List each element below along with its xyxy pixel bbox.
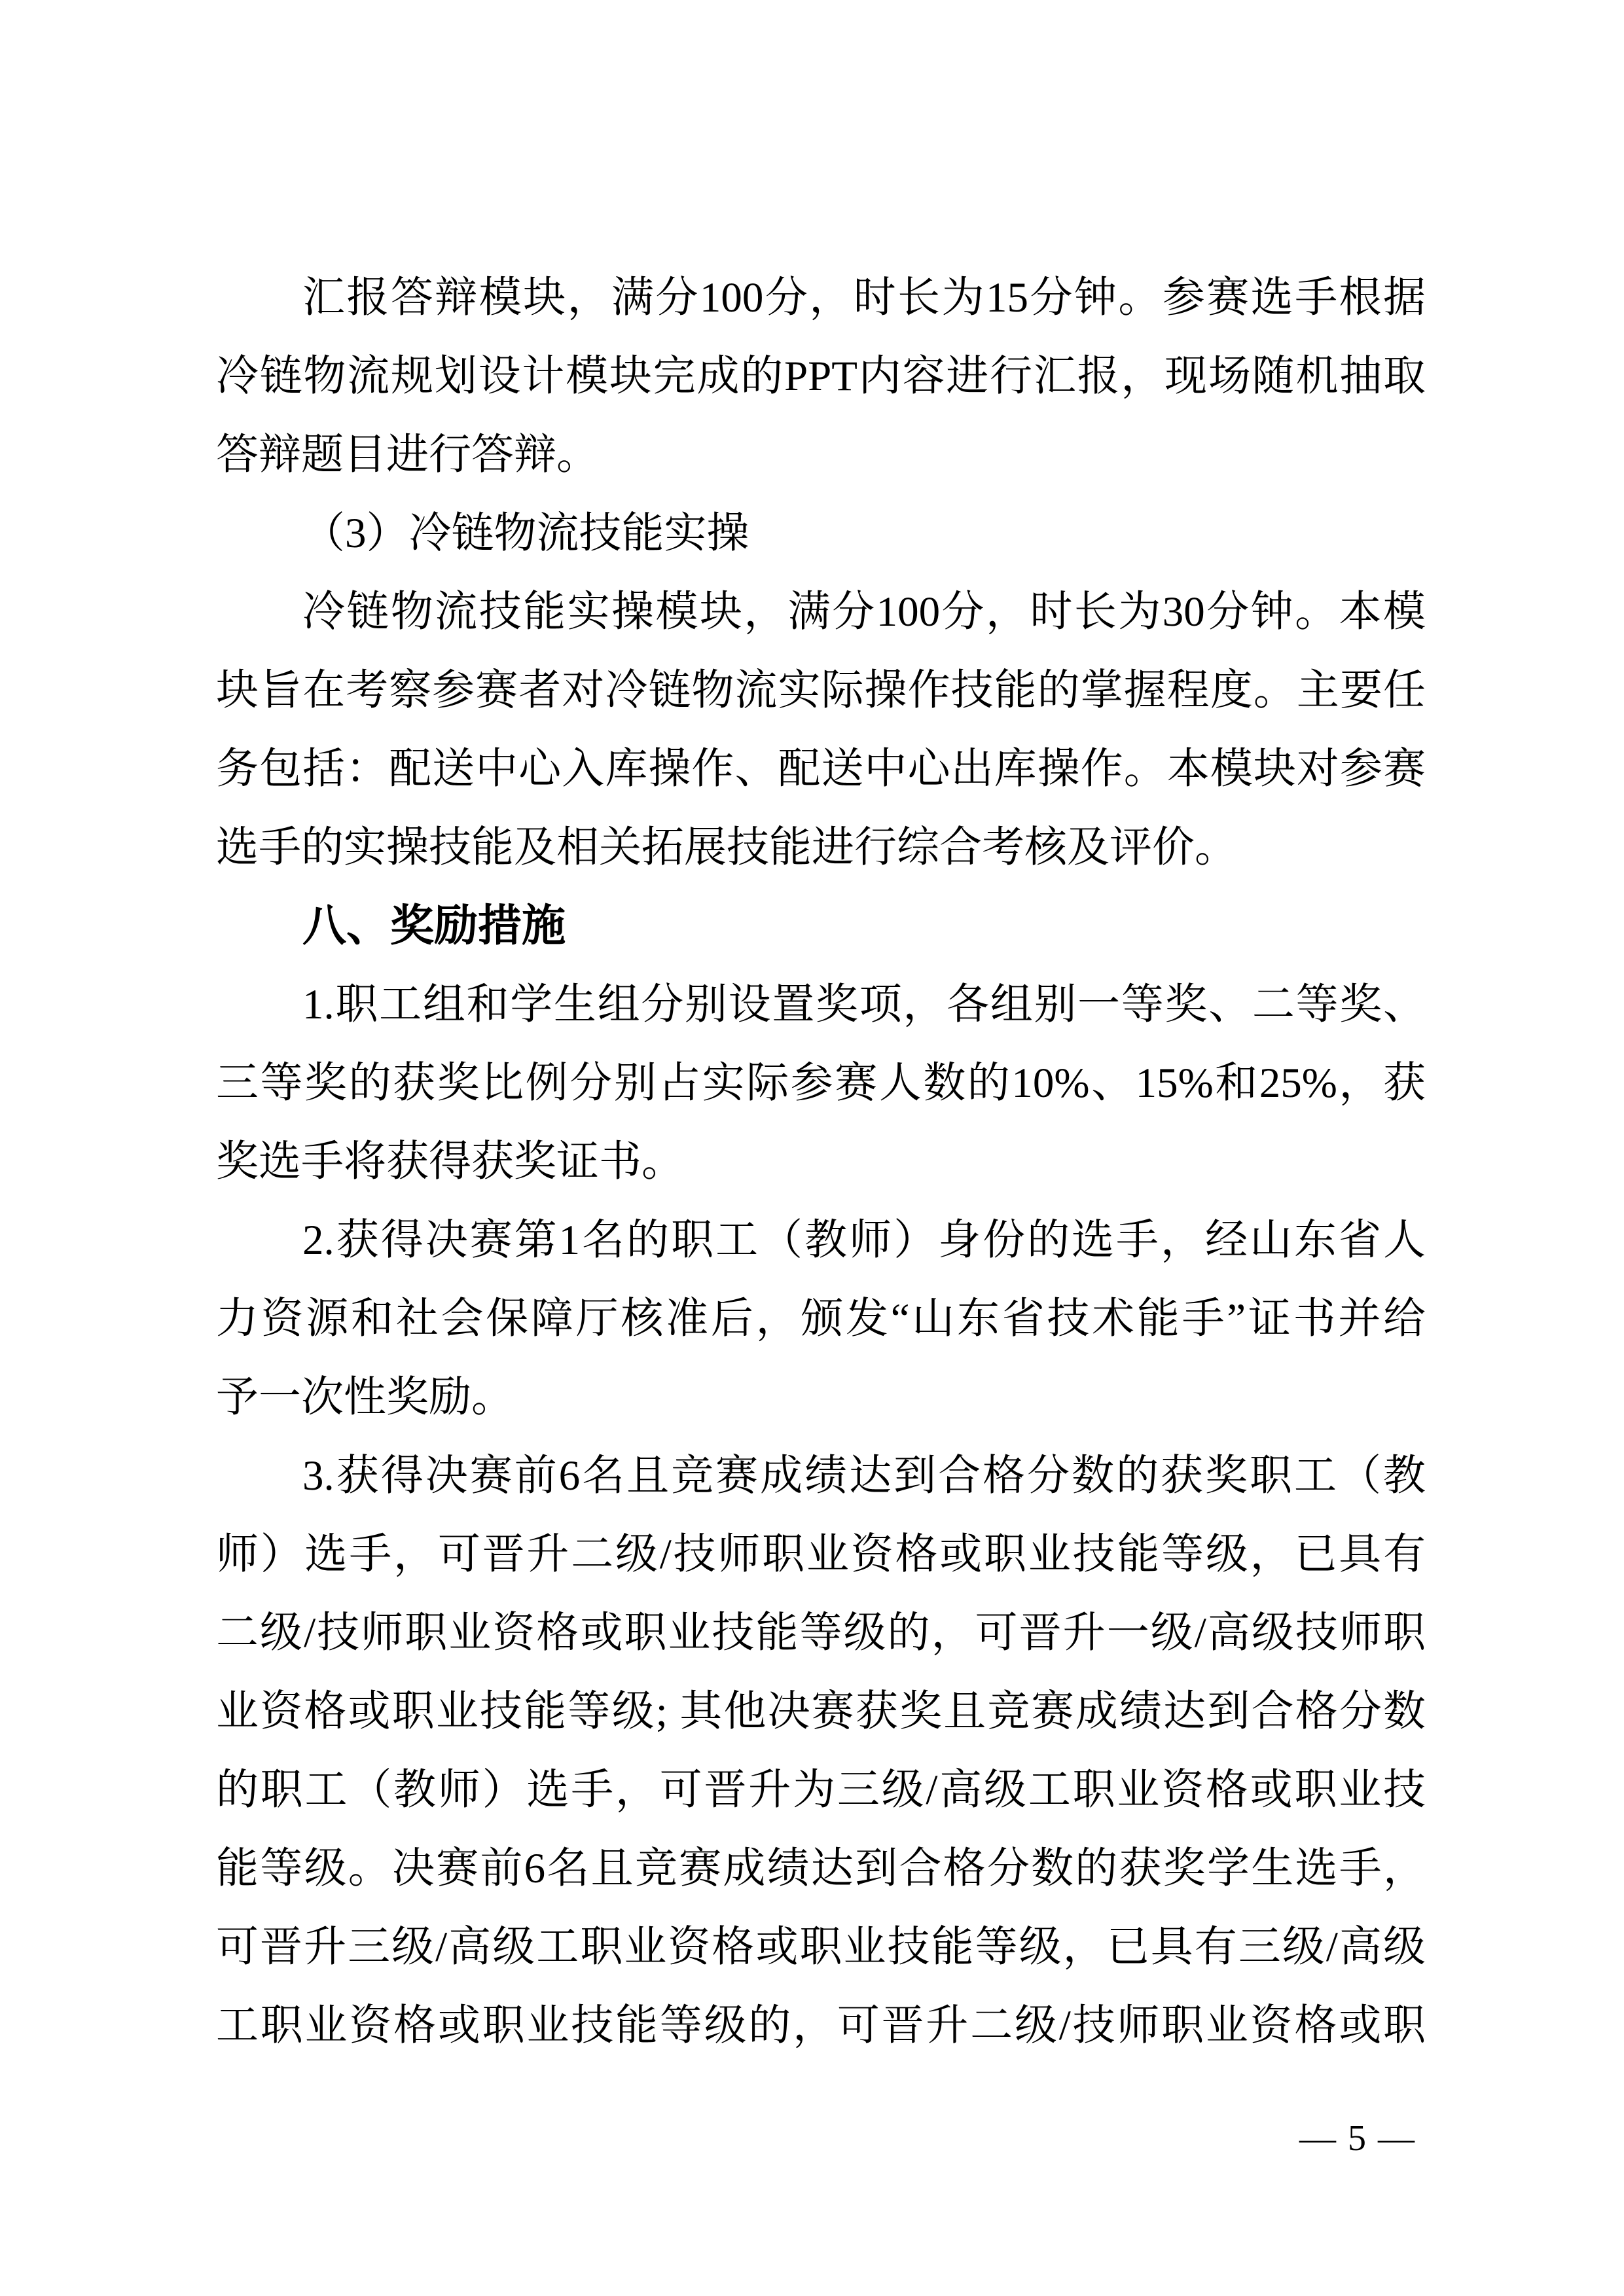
section-heading: 八、奖励措施	[216, 887, 1426, 965]
text-line: 力资源和社会保障厅核准后，颁发“山东省技术能手”证书并给	[216, 1280, 1426, 1358]
text-line: 业资格或职业技能等级; 其他决赛获奖且竞赛成绩达到合格分数	[216, 1672, 1426, 1751]
text-line: （3）冷链物流技能实操	[216, 494, 1426, 573]
text-line: 可晋升三级/高级工职业资格或职业技能等级，已具有三级/高级	[216, 1908, 1426, 1986]
text-line: 务包括：配送中心入库操作、配送中心出库操作。本模块对参赛	[216, 730, 1426, 808]
text-line: 3.获得决赛前6名且竞赛成绩达到合格分数的获奖职工（教	[216, 1437, 1426, 1515]
text-line: 答辩题目进行答辩。	[216, 416, 1426, 494]
paragraph: （3）冷链物流技能实操	[216, 494, 1426, 573]
text-line: 工职业资格或职业技能等级的，可晋升二级/技师职业资格或职	[216, 1986, 1426, 2065]
text-line: 能等级。决赛前6名且竞赛成绩达到合格分数的获奖学生选手，	[216, 1829, 1426, 1908]
document-page: { "page": { "footer": "— 5 —" }, "docume…	[0, 0, 1624, 2296]
text-line: 的职工（教师）选手，可晋升为三级/高级工职业资格或职业技	[216, 1751, 1426, 1829]
text-line: 冷链物流规划设计模块完成的PPT内容进行汇报，现场随机抽取	[216, 337, 1426, 416]
text-line: 选手的实操技能及相关拓展技能进行综合考核及评价。	[216, 808, 1426, 887]
text-line: 1.职工组和学生组分别设置奖项，各组别一等奖、二等奖、	[216, 965, 1426, 1044]
text-line: 冷链物流技能实操模块，满分100分，时长为30分钟。本模	[216, 573, 1426, 651]
text-line: 予一次性奖励。	[216, 1358, 1426, 1437]
document-body: 汇报答辩模块，满分100分，时长为15分钟。参赛选手根据冷链物流规划设计模块完成…	[216, 259, 1426, 2065]
text-line: 奖选手将获得获奖证书。	[216, 1122, 1426, 1201]
paragraph: 1.职工组和学生组分别设置奖项，各组别一等奖、二等奖、三等奖的获奖比例分别占实际…	[216, 965, 1426, 1201]
text-line: 二级/技师职业资格或职业技能等级的，可晋升一级/高级技师职	[216, 1594, 1426, 1672]
text-line: 八、奖励措施	[216, 887, 1426, 965]
paragraph: 3.获得决赛前6名且竞赛成绩达到合格分数的获奖职工（教师）选手，可晋升二级/技师…	[216, 1437, 1426, 2065]
text-line: 师）选手，可晋升二级/技师职业资格或职业技能等级，已具有	[216, 1515, 1426, 1594]
paragraph: 汇报答辩模块，满分100分，时长为15分钟。参赛选手根据冷链物流规划设计模块完成…	[216, 259, 1426, 494]
text-line: 2.获得决赛第1名的职工（教师）身份的选手，经山东省人	[216, 1201, 1426, 1280]
paragraph: 冷链物流技能实操模块，满分100分，时长为30分钟。本模块旨在考察参赛者对冷链物…	[216, 573, 1426, 887]
paragraph: 2.获得决赛第1名的职工（教师）身份的选手，经山东省人力资源和社会保障厅核准后，…	[216, 1201, 1426, 1437]
text-line: 块旨在考察参赛者对冷链物流实际操作技能的掌握程度。主要任	[216, 651, 1426, 730]
page-number: — 5 —	[1299, 2114, 1416, 2162]
text-line: 三等奖的获奖比例分别占实际参赛人数的10%、15%和25%，获	[216, 1044, 1426, 1122]
text-line: 汇报答辩模块，满分100分，时长为15分钟。参赛选手根据	[216, 259, 1426, 337]
